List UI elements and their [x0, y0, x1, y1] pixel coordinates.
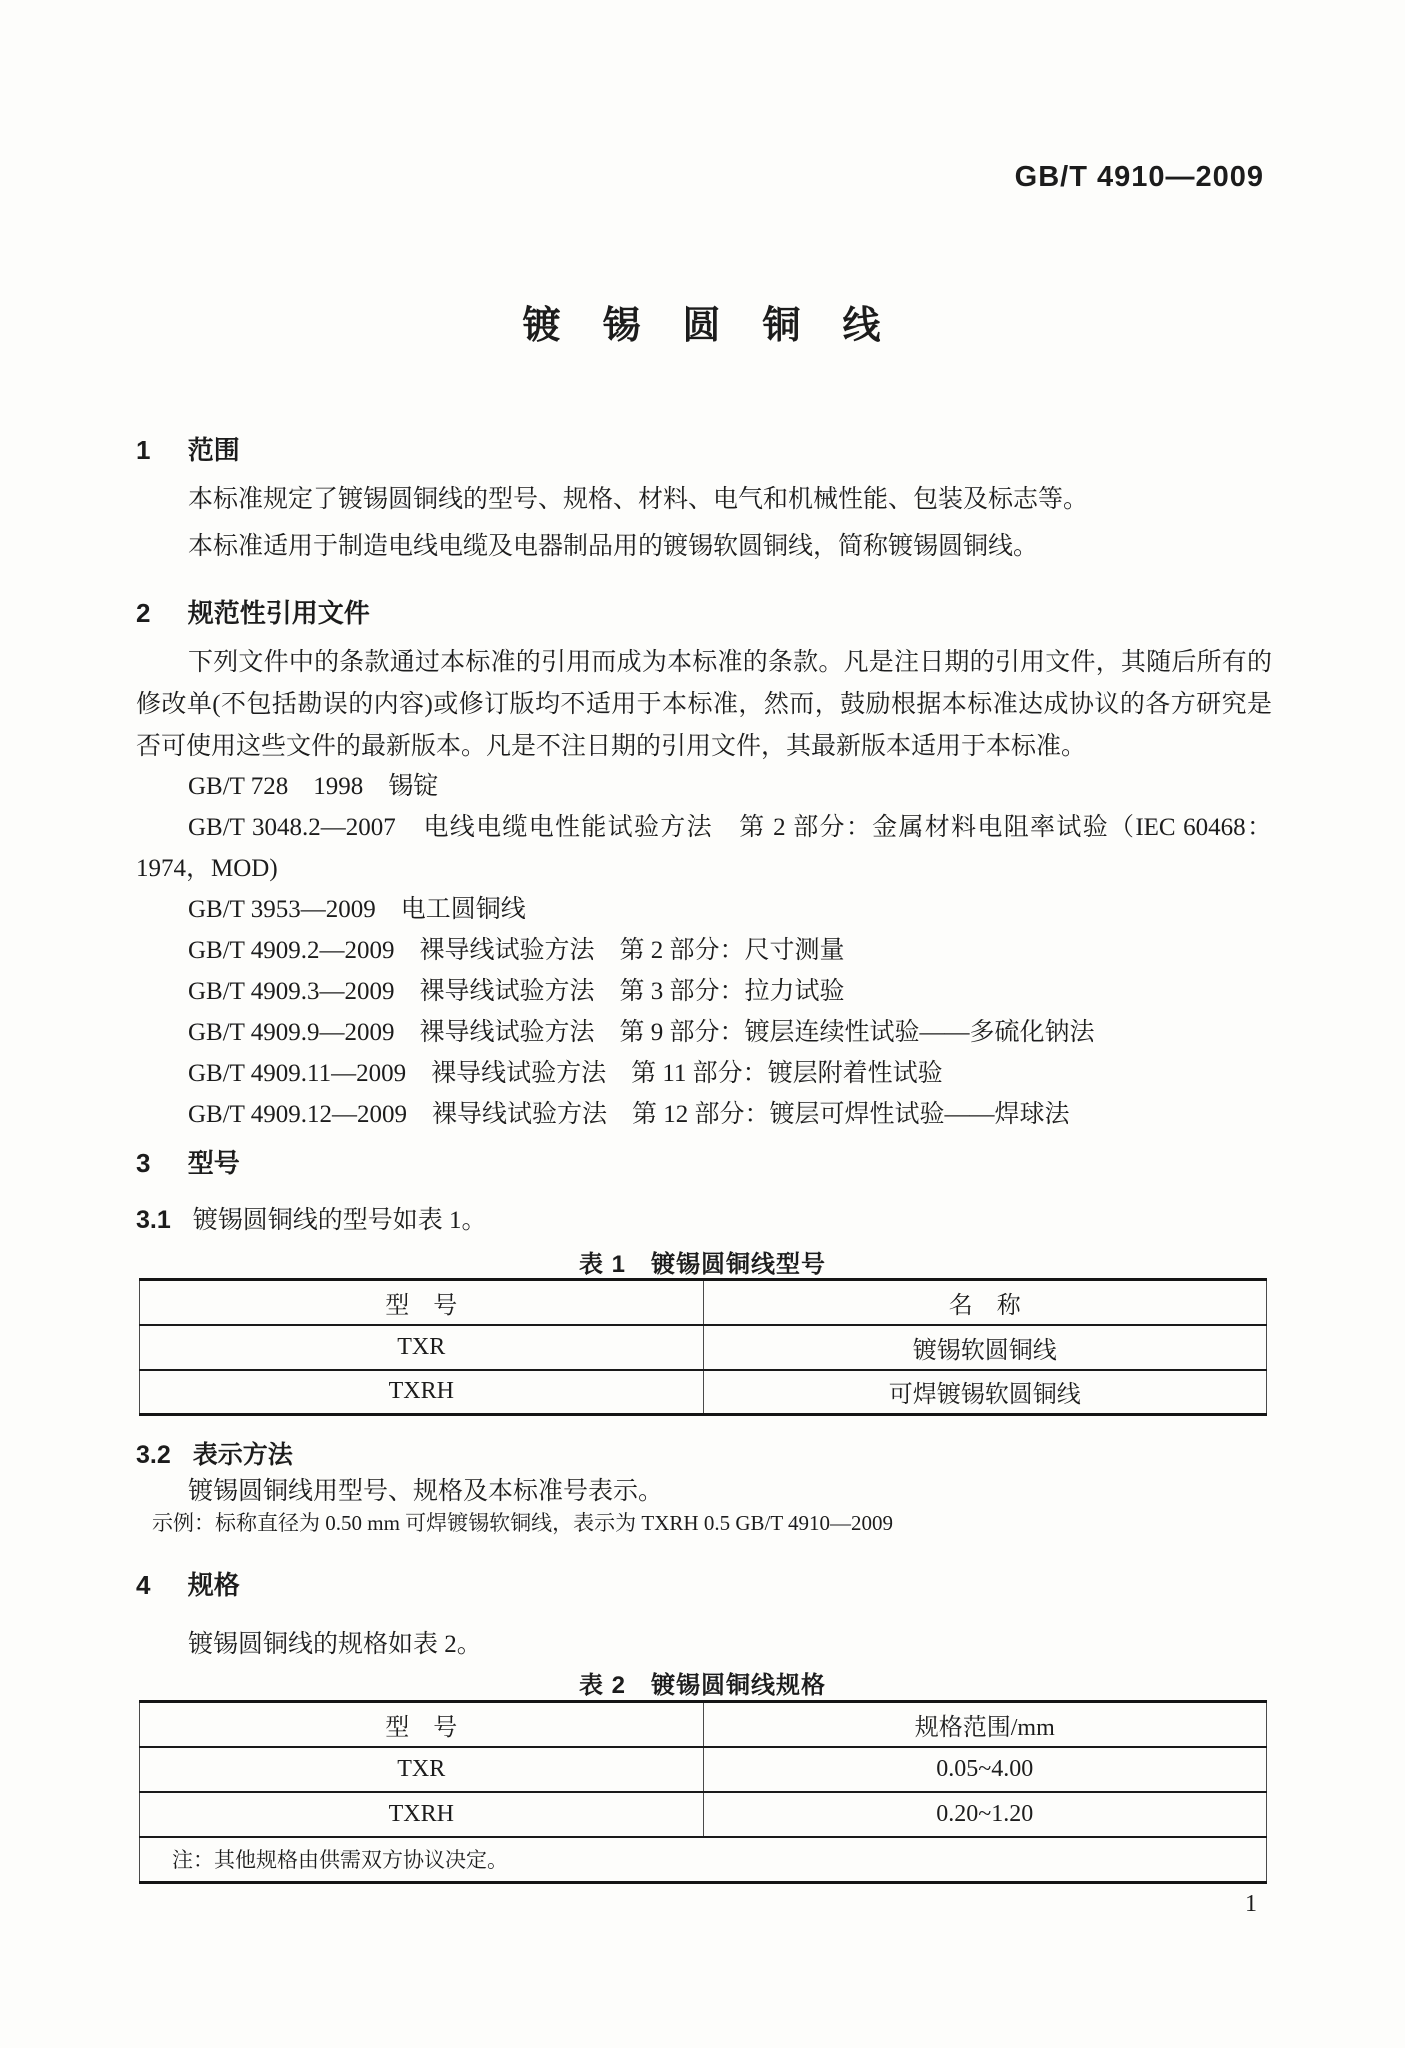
section-3-number: 3 [136, 1148, 150, 1179]
table-2: 型 号 规格范围/mm TXR 0.05~4.00 TXRH 0.20~1.20… [139, 1700, 1267, 1884]
section-2-intro: 下列文件中的条款通过本标准的引用而成为本标准的条款。凡是注日期的引用文件，其随后… [136, 642, 1272, 768]
table-1-header-row: 型 号 名 称 [140, 1280, 1267, 1325]
clause-3-2-title: 表示方法 [193, 1441, 293, 1469]
section-3-heading: 3 型号 [136, 1143, 240, 1180]
table-1-cell-name: 可焊镀锡软圆铜线 [703, 1370, 1267, 1415]
page-number: 1 [1245, 1891, 1257, 1918]
section-4-number: 4 [136, 1570, 150, 1601]
table-2-caption: 表 2 镀锡圆铜线规格 [0, 1665, 1405, 1700]
table-2-cell-model: TXRH [140, 1792, 704, 1837]
standard-number: GB/T 4910—2009 [1015, 161, 1264, 194]
clause-3-1-text: 镀锡圆铜线的型号如表 1。 [193, 1207, 487, 1234]
document-page: GB/T 4910—2009 镀 锡 圆 铜 线 1 范围 本标准规定了镀锡圆铜… [0, 0, 1405, 2048]
clause-3-1-number: 3.1 [136, 1206, 171, 1235]
reference-item: GB/T 4909.2—2009 裸导线试验方法 第 2 部分：尺寸测量 [136, 930, 1272, 971]
section-1-number: 1 [136, 435, 150, 466]
table-1-cell-model: TXRH [140, 1370, 704, 1415]
table-2-note: 注：其他规格由供需双方协议决定。 [140, 1837, 1267, 1883]
designation-example: 示例：标称直径为 0.50 mm 可焊镀锡软铜线，表示为 TXRH 0.5 GB… [152, 1507, 1272, 1537]
reference-item: GB/T 4909.9—2009 裸导线试验方法 第 9 部分：镀层连续性试验—… [136, 1012, 1272, 1053]
table-1-cell-model: TXR [140, 1325, 704, 1370]
table-2-header-range: 规格范围/mm [703, 1702, 1267, 1747]
table-row: TXRH 可焊镀锡软圆铜线 [140, 1370, 1267, 1415]
table-1-caption: 表 1 镀锡圆铜线型号 [0, 1244, 1405, 1279]
reference-list: GB/T 728 1998 锡锭 GB/T 3048.2—2007 电线电缆电性… [136, 766, 1272, 1135]
table-2-cell-range: 0.20~1.20 [703, 1792, 1267, 1837]
table-2-cell-model: TXR [140, 1747, 704, 1792]
section-2-number: 2 [136, 598, 150, 629]
table-2-header-row: 型 号 规格范围/mm [140, 1702, 1267, 1747]
reference-item: GB/T 3953—2009 电工圆铜线 [136, 889, 1272, 930]
section-4-title: 规格 [188, 1570, 240, 1600]
clause-3-2-number: 3.2 [136, 1441, 171, 1470]
table-1: 型 号 名 称 TXR 镀锡软圆铜线 TXRH 可焊镀锡软圆铜线 [139, 1278, 1267, 1416]
reference-item: GB/T 4909.3—2009 裸导线试验方法 第 3 部分：拉力试验 [136, 971, 1272, 1012]
paragraph-normative-intro: 下列文件中的条款通过本标准的引用而成为本标准的条款。凡是注日期的引用文件，其随后… [136, 642, 1272, 768]
table-row: TXR 镀锡软圆铜线 [140, 1325, 1267, 1370]
table-1-header-name: 名 称 [703, 1280, 1267, 1325]
section-2-title: 规范性引用文件 [188, 598, 370, 628]
paragraph-scope-1: 本标准规定了镀锡圆铜线的型号、规格、材料、电气和机械性能、包装及标志等。 [136, 476, 1272, 523]
table-2-cell-range: 0.05~4.00 [703, 1747, 1267, 1792]
reference-item: GB/T 3048.2—2007 电线电缆电性能试验方法 第 2 部分：金属材料… [136, 807, 1272, 889]
paragraph-spec: 镀锡圆铜线的规格如表 2。 [136, 1624, 1272, 1660]
reference-item: GB/T 4909.11—2009 裸导线试验方法 第 11 部分：镀层附着性试… [136, 1053, 1272, 1094]
document-title: 镀 锡 圆 铜 线 [0, 294, 1405, 349]
table-1-cell-name: 镀锡软圆铜线 [703, 1325, 1267, 1370]
section-3-title: 型号 [188, 1148, 240, 1178]
section-4-heading: 4 规格 [136, 1565, 240, 1602]
clause-3-2-body: 镀锡圆铜线用型号、规格及本标准号表示。 [136, 1471, 1272, 1507]
reference-item: GB/T 728 1998 锡锭 [136, 766, 1272, 807]
table-2-note-row: 注：其他规格由供需双方协议决定。 [140, 1837, 1267, 1883]
table-row: TXRH 0.20~1.20 [140, 1792, 1267, 1837]
paragraph-scope-2: 本标准适用于制造电线电缆及电器制品用的镀锡软圆铜线，简称镀锡圆铜线。 [136, 523, 1272, 570]
paragraph-designation: 镀锡圆铜线用型号、规格及本标准号表示。 [136, 1471, 1272, 1507]
clause-3-2-heading: 3.2表示方法 [136, 1435, 293, 1471]
section-1-body: 本标准规定了镀锡圆铜线的型号、规格、材料、电气和机械性能、包装及标志等。 本标准… [136, 476, 1272, 570]
reference-item: GB/T 4909.12—2009 裸导线试验方法 第 12 部分：镀层可焊性试… [136, 1094, 1272, 1135]
section-1-heading: 1 范围 [136, 430, 240, 467]
section-1-title: 范围 [188, 435, 240, 465]
table-row: TXR 0.05~4.00 [140, 1747, 1267, 1792]
table-1-header-model: 型 号 [140, 1280, 704, 1325]
clause-3-1: 3.1镀锡圆铜线的型号如表 1。 [136, 1200, 1272, 1236]
table-2-header-model: 型 号 [140, 1702, 704, 1747]
section-4-body: 镀锡圆铜线的规格如表 2。 [136, 1624, 1272, 1660]
section-2-heading: 2 规范性引用文件 [136, 593, 370, 630]
